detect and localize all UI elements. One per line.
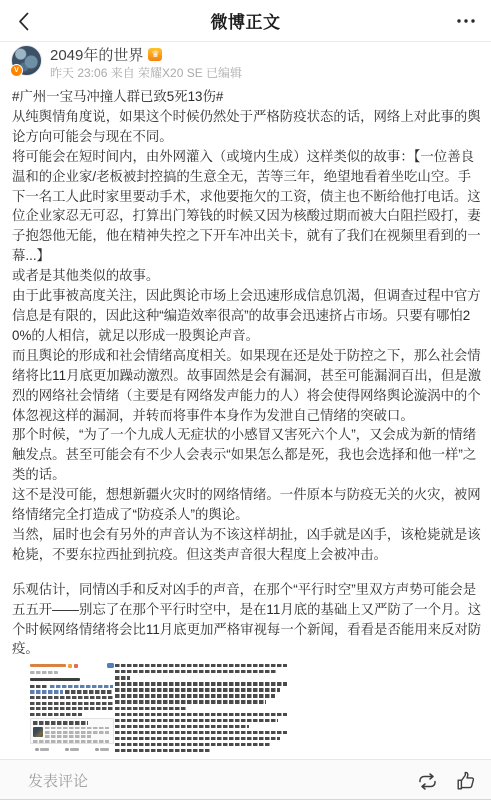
mini-action-row <box>30 748 114 752</box>
mini-author-row <box>30 663 114 668</box>
mini-comment-skeleton <box>65 748 79 752</box>
comment-input[interactable]: 发表评论 <box>28 760 328 800</box>
post-paragraph: 由于此事被高度关注，因此舆论市场上会迅速形成信息饥渴，但调查过程中官方信息是有限… <box>12 286 482 346</box>
like-button[interactable] <box>454 769 478 793</box>
post-paragraph: 将可能会在短时间内，由外网灌入（或境内生成）这样类似的故事：【一位善良温和的企业… <box>12 147 482 266</box>
author-name-text: 2049年的世界 <box>50 44 143 65</box>
post-paragraph: 乐观估计，同情凶手和反对凶手的声音，在那个“平行时空”里双方声势可能会是五五开—… <box>12 580 482 660</box>
post-paragraph: 当然，届时也会有另外的声音认为不该这样胡扯，凶手就是凶手，该枪毙就是该枪毙，不要… <box>12 525 482 565</box>
avatar[interactable]: V <box>11 45 42 76</box>
comment-placeholder: 发表评论 <box>28 770 88 791</box>
back-button[interactable] <box>12 10 34 32</box>
mini-meta-skeleton <box>30 671 58 674</box>
mini-headline-skeleton <box>30 678 80 682</box>
vip-crown-icon: ♛ <box>148 48 162 61</box>
author-name[interactable]: 2049年的世界 ♛ <box>50 44 162 65</box>
repost-icon <box>416 772 439 791</box>
post-paragraph: 那个时候，“为了一个九成人无症状的小感冒又害死六个人”，又会成为新的情绪触发点。… <box>12 425 482 485</box>
attached-image[interactable] <box>28 662 290 758</box>
mini-emoji-icon <box>74 664 78 668</box>
mini-quoted-thumbnail <box>33 727 43 737</box>
mini-paragraph-skeleton <box>30 685 114 716</box>
mini-repost-skeleton <box>35 748 49 752</box>
mini-text-column <box>115 664 287 755</box>
comment-bar: 发表评论 <box>0 759 491 800</box>
post-paragraph: 或者是其他类似的故事。 <box>12 266 482 286</box>
mini-quoted-card <box>30 718 114 744</box>
post-paragraph-hashtag[interactable]: #广州一宝马冲撞人群已致5死13伤# <box>12 87 482 107</box>
repost-button[interactable] <box>415 769 439 793</box>
post-meta: 昨天 23:06 来自 荣耀X20 SE 已编辑 <box>50 64 242 81</box>
post-paragraph: 这不是没可能，想想新疆火灾时的网络情绪。一件原本与防疫无关的火灾，被网络情绪完全… <box>12 485 482 525</box>
post-paragraph: 而且舆论的形成和社会情绪高度相关。如果现在还是处于防控之下，那么社会情绪将比11… <box>12 346 482 426</box>
chevron-left-icon <box>18 12 29 31</box>
thumbs-up-icon <box>456 771 476 791</box>
mini-author-name-skeleton <box>30 664 66 668</box>
navbar: 微博正文 <box>0 0 491 42</box>
page-title: 微博正文 <box>211 8 281 33</box>
more-button[interactable] <box>453 10 479 32</box>
mini-like-skeleton <box>95 748 109 752</box>
post-body: #广州一宝马冲撞人群已致5死13伤# 从纯舆情角度说，如果这个时候仍然处于严格防… <box>12 87 482 659</box>
post-paragraph: 从纯舆情角度说，如果这个时候仍然处于严格防疫状态的话，网络上对此事的舆论方向可能… <box>12 107 482 147</box>
mini-post-card <box>30 663 114 755</box>
author-row: V 2049年的世界 ♛ 昨天 23:06 来自 荣耀X20 SE 已编辑 <box>11 44 479 80</box>
ellipsis-icon <box>456 18 476 24</box>
weibo-post-screen: 微博正文 V 2049年的世界 ♛ 昨天 23:06 来自 荣耀X20 SE 已… <box>0 0 491 800</box>
mini-emoji-icon <box>68 664 72 668</box>
mini-app-badge-icon <box>107 663 114 668</box>
verified-badge-icon: V <box>10 64 23 77</box>
